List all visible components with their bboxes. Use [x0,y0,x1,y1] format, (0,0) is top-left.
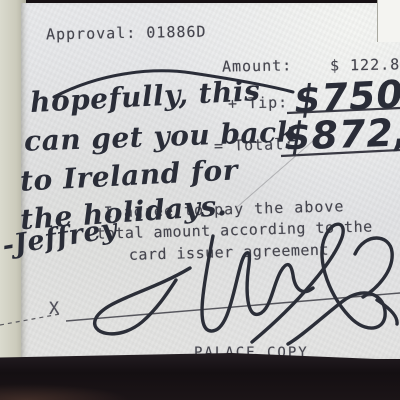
receipt-photo: Approval: 01886D Amount: $ 122.8 + Tip: … [0,0,400,400]
signature-x-mark: X [49,299,60,319]
approval-line: Approval: 01886D [46,23,207,44]
approval-label: Approval: [46,24,137,44]
amount-label: Amount: [222,56,293,75]
approval-code: 01886D [146,23,206,42]
paper-corner-highlight [377,0,400,42]
total-value-handwritten: $872,8 [283,109,400,158]
dark-surface-edge [0,350,400,400]
